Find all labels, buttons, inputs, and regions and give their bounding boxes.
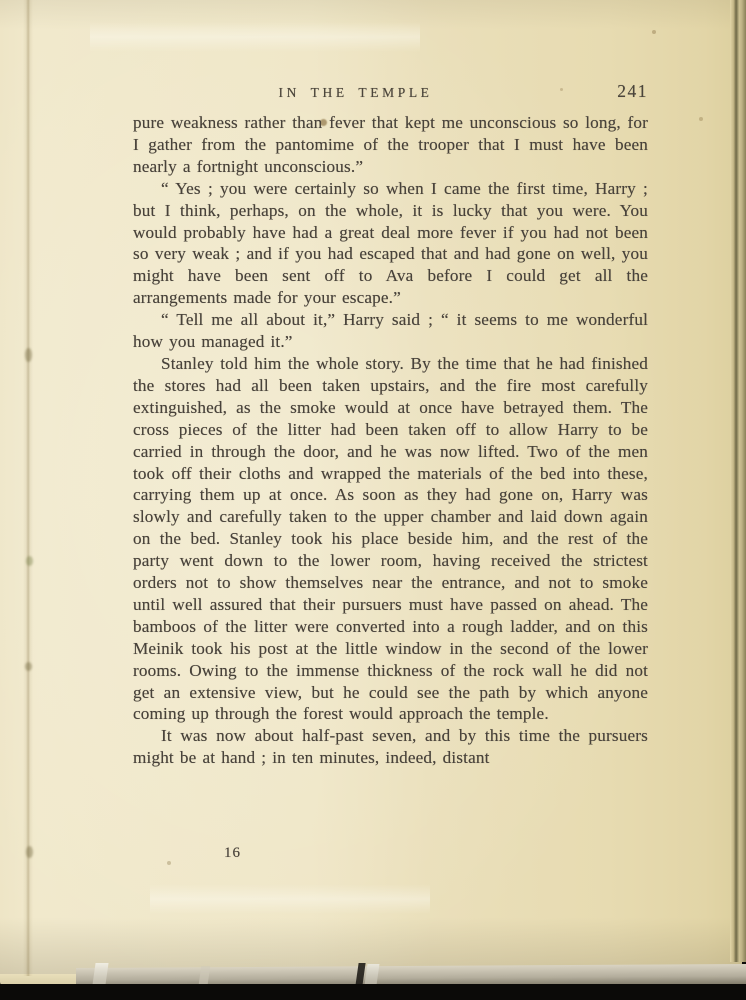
paper-stain	[167, 861, 171, 865]
background-shadow	[0, 984, 746, 1000]
page-edge-right	[730, 0, 746, 962]
body-text: pure weakness rather than fever that kep…	[133, 112, 648, 769]
running-title: IN THE TEMPLE	[133, 85, 578, 101]
paper-stain	[652, 30, 656, 34]
signature-mark: 16	[224, 845, 241, 862]
scanner-light-streak	[90, 22, 420, 52]
book-scan: IN THE TEMPLE 241 pure weakness rather t…	[0, 0, 746, 1000]
paper-stain	[26, 556, 33, 566]
paragraph: “ Tell me all about it,” Harry said ; “ …	[133, 309, 648, 353]
paper-stain	[25, 348, 32, 362]
paragraph: Stanley told him the whole story. By the…	[133, 353, 648, 725]
paper-stain	[25, 662, 32, 671]
scanner-light-streak	[150, 884, 430, 914]
paper-stain	[699, 117, 703, 121]
paragraph: pure weakness rather than fever that kep…	[133, 112, 648, 178]
paper-stain	[26, 846, 33, 858]
page-number: 241	[617, 81, 648, 102]
paragraph: It was now about half-past seven, and by…	[133, 725, 648, 769]
paragraph: “ Yes ; you were certainly so when I cam…	[133, 178, 648, 309]
binding-crease	[23, 0, 33, 976]
page-header: IN THE TEMPLE 241	[133, 85, 648, 105]
